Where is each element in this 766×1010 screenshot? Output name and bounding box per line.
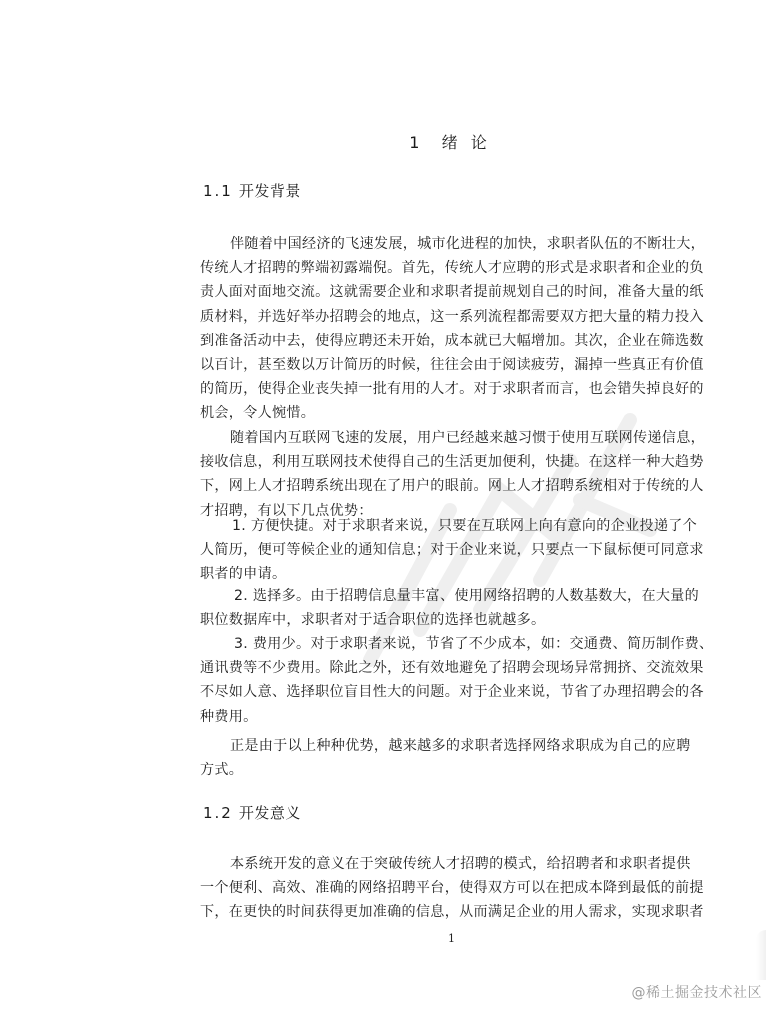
- text-line: 本系统开发的意义在于突破传统人才招聘的模式，给招聘者和求职者提供: [200, 852, 710, 876]
- section-heading-1-2: 1.2开发意义: [203, 802, 301, 823]
- source-watermark: @稀土掘金技术社区: [632, 982, 763, 1002]
- page-number: 1: [448, 932, 455, 945]
- text-line: 3. 费用少。对于求职者来说，节省了不少成本，如：交通费、简历制作费、: [200, 632, 710, 656]
- chapter-title: 1 绪 论: [0, 130, 766, 153]
- paragraph-significance: 本系统开发的意义在于突破传统人才招聘的模式，给招聘者和求职者提供 一个便利、高效…: [200, 852, 710, 925]
- text-line: 1. 方便快捷。对于求职者来说，只要在互联网上向有意向的企业投递了个: [200, 514, 710, 538]
- section-number: 1.2: [203, 804, 233, 822]
- text-line: 机会，令人惋惜。: [200, 401, 710, 425]
- text-line: 传统人才招聘的弊端初露端倪。首先，传统人才应聘的形式是求职者和企业的负: [200, 256, 710, 280]
- paragraph-background-conclusion: 正是由于以上种种优势，越来越多的求职者选择网络求职成为自己的应聘 方式。: [200, 734, 710, 782]
- section-number: 1.1: [203, 182, 233, 200]
- text-line: 2. 选择多。由于招聘信息量丰富、使用网络招聘的人数基数大，在大量的: [200, 584, 710, 608]
- page-curl-shadow: [756, 930, 766, 980]
- text-line: 下，在更快的时间获得更加准确的信息，从而满足企业的用人需求，实现求职者: [200, 900, 710, 924]
- text-line: 到准备活动中去，使得应聘还未开始，成本就已大幅增加。其次，企业在筛选数: [200, 329, 710, 353]
- paragraph-background-2: 随着国内互联网飞速的发展，用户已经越来越习惯于使用互联网传递信息， 接收信息，利…: [200, 426, 710, 523]
- text-line: 下，网上人才招聘系统出现在了用户的眼前。网上人才招聘系统相对于传统的人: [200, 474, 710, 498]
- list-item-advantage-2: 2. 选择多。由于招聘信息量丰富、使用网络招聘的人数基数大，在大量的 职位数据库…: [200, 584, 710, 632]
- text-line: 一个便利、高效、准确的网络招聘平台，使得双方可以在把成本降到最低的前提: [200, 876, 710, 900]
- text-line: 随着国内互联网飞速的发展，用户已经越来越习惯于使用互联网传递信息，: [200, 426, 710, 450]
- text-line: 接收信息，利用互联网技术使得自己的生活更加便利，快捷。在这样一种大趋势: [200, 450, 710, 474]
- text-line: 责人面对面地交流。这就需要企业和求职者提前规划自己的时间，准备大量的纸: [200, 280, 710, 304]
- text-line: 正是由于以上种种优势，越来越多的求职者选择网络求职成为自己的应聘: [200, 734, 710, 758]
- list-item-advantage-3: 3. 费用少。对于求职者来说，节省了不少成本，如：交通费、简历制作费、 通讯费等…: [200, 632, 710, 729]
- text-line: 人简历，便可等候企业的通知信息；对于企业来说，只要点一下鼠标便可同意求: [200, 538, 710, 562]
- text-line: 质材料，并选好举办招聘会的地点，这一系列流程都需要双方把大量的精力投入: [200, 305, 710, 329]
- text-line: 方式。: [200, 758, 710, 782]
- section-title: 开发意义: [239, 804, 301, 822]
- list-item-advantage-1: 1. 方便快捷。对于求职者来说，只要在互联网上向有意向的企业投递了个 人简历，便…: [200, 514, 710, 587]
- section-heading-1-1: 1.1开发背景: [203, 180, 301, 201]
- text-line: 种费用。: [200, 705, 710, 729]
- chapter-number: 1: [409, 133, 423, 152]
- text-line: 伴随着中国经济的飞速发展，城市化进程的加快，求职者队伍的不断壮大，: [200, 232, 710, 256]
- document-page: 1 绪 论 1.1开发背景 伴随着中国经济的飞速发展，城市化进程的加快，求职者队…: [0, 0, 766, 1010]
- text-line: 通讯费等不少费用。除此之外，还有效地避免了招聘会现场异常拥挤、交流效果: [200, 656, 710, 680]
- section-title: 开发背景: [239, 182, 301, 200]
- text-line: 职位数据库中，求职者对于适合职位的选择也就越多。: [200, 608, 710, 632]
- text-line: 的简历，使得企业丧失掉一批有用的人才。对于求职者而言，也会错失掉良好的: [200, 377, 710, 401]
- text-line: 不尽如人意、选择职位盲目性大的问题。对于企业来说，节省了办理招聘会的各: [200, 680, 710, 704]
- paragraph-background-1: 伴随着中国经济的飞速发展，城市化进程的加快，求职者队伍的不断壮大， 传统人才招聘…: [200, 232, 710, 426]
- text-line: 职者的申请。: [200, 562, 710, 586]
- chapter-title-text: 绪 论: [442, 133, 491, 152]
- text-line: 以百计，甚至数以万计简历的时候，往往会由于阅读疲劳，漏掉一些真正有价值: [200, 353, 710, 377]
